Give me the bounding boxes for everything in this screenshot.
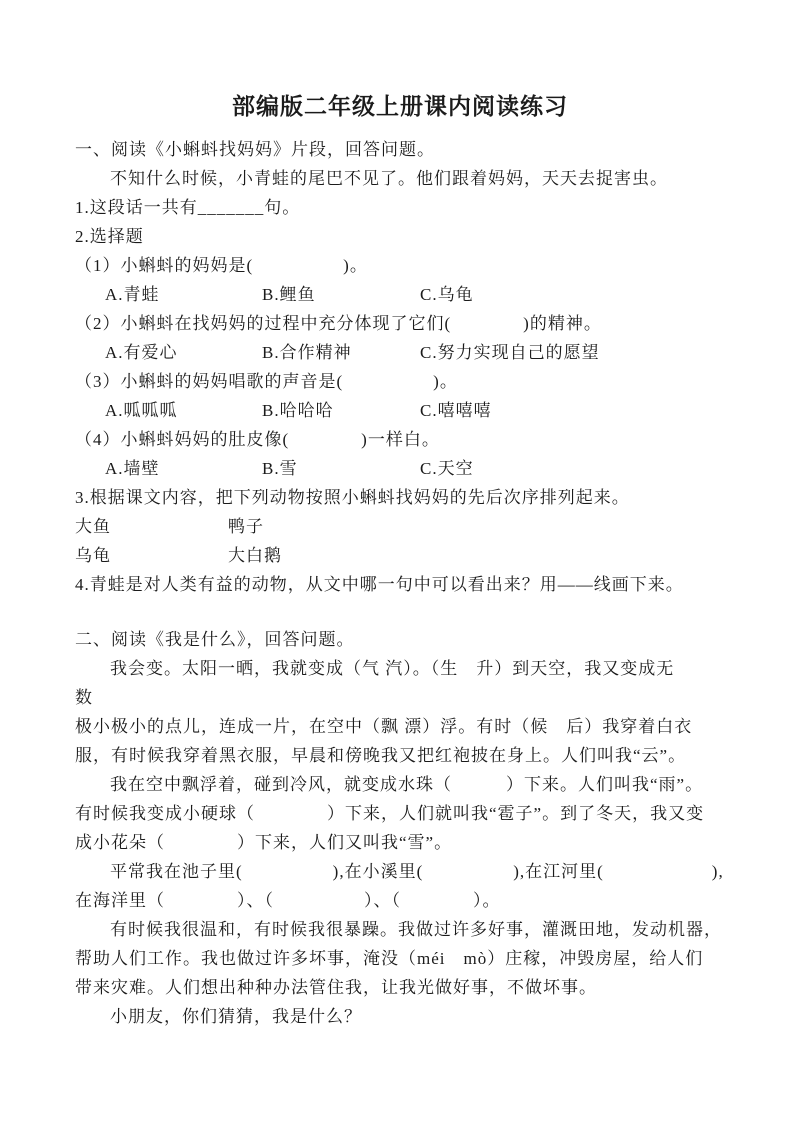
section2-line: 平常我在池子里( ),在小溪里( ),在江河里( ), xyxy=(75,857,725,886)
animal-name: 大白鹅 xyxy=(228,541,282,570)
q2-item-1-question: （1）小蝌蚪的妈妈是( )。 xyxy=(75,251,725,280)
animal-name: 大鱼 xyxy=(75,512,228,541)
q2-item-1-options: A.青蛙 B.鲤鱼 C.乌龟 xyxy=(75,280,725,309)
option-b: B.鲤鱼 xyxy=(262,280,420,309)
q2-item-2-question: （2）小蝌蚪在找妈妈的过程中充分体现了它们( )的精神。 xyxy=(75,309,725,338)
option-a: A.有爱心 xyxy=(105,338,262,367)
section2-line: 极小极小的点儿，连成一片，在空中（飘 漂）浮。有时（候 后）我穿着白衣 xyxy=(75,712,725,741)
option-c: C.乌龟 xyxy=(420,280,474,309)
section2-line: 服，有时候我穿着黑衣服，早晨和傍晚我又把红袍披在身上。人们叫我“云”。 xyxy=(75,741,725,770)
option-c: C.天空 xyxy=(420,454,474,483)
section1-passage: 不知什么时候，小青蛙的尾巴不见了。他们跟着妈妈，天天去捉害虫。 xyxy=(75,164,725,193)
option-a: A.青蛙 xyxy=(105,280,262,309)
section2-line: 帮助人们工作。我也做过许多坏事，淹没（méi mò）庄稼，冲毁房屋，给人们 xyxy=(75,944,725,973)
section-2: 二、阅读《我是什么》，回答问题。 我会变。太阳一晒，我就变成（气 汽）。（生 升… xyxy=(75,625,725,1031)
worksheet-page: 部编版二年级上册课内阅读练习 一、阅读《小蝌蚪找妈妈》片段，回答问题。 不知什么… xyxy=(0,0,793,1122)
option-b: B.合作精神 xyxy=(262,338,420,367)
option-a: A.墙壁 xyxy=(105,454,262,483)
q2-item-3-options: A.呱呱呱 B.哈哈哈 C.嘻嘻嘻 xyxy=(75,396,725,425)
section2-line: 小朋友，你们猜猜，我是什么？ xyxy=(75,1002,725,1031)
animal-name: 鸭子 xyxy=(228,512,264,541)
section2-line: 数 xyxy=(75,683,725,712)
section2-line: 我会变。太阳一晒，我就变成（气 汽）。（生 升）到天空，我又变成无 xyxy=(75,654,725,683)
question-1-fill-blank: 1.这段话一共有_______句。 xyxy=(75,193,725,222)
animal-row-2: 乌龟 大白鹅 xyxy=(75,541,725,570)
section2-line: 我在空中飘浮着，碰到冷风，就变成水珠（ ）下来。人们叫我“雨”。 xyxy=(75,770,725,799)
section2-line: 成小花朵（ ）下来，人们又叫我“雪”。 xyxy=(75,828,725,857)
section2-line: 有时候我很温和，有时候我很暴躁。我做过许多好事，灌溉田地，发动机器， xyxy=(75,915,725,944)
option-b: B.哈哈哈 xyxy=(262,396,420,425)
section-1: 一、阅读《小蝌蚪找妈妈》片段，回答问题。 不知什么时候，小青蛙的尾巴不见了。他们… xyxy=(75,135,725,599)
question-4: 4.青蛙是对人类有益的动物，从文中哪一句中可以看出来？用——线画下来。 xyxy=(75,570,725,599)
page-title: 部编版二年级上册课内阅读练习 xyxy=(75,92,725,122)
q2-item-3-question: （3）小蝌蚪的妈妈唱歌的声音是( )。 xyxy=(75,367,725,396)
q2-item-2-options: A.有爱心 B.合作精神 C.努力实现自己的愿望 xyxy=(75,338,725,367)
q2-item-4-options: A.墙壁 B.雪 C.天空 xyxy=(75,454,725,483)
option-c: C.嘻嘻嘻 xyxy=(420,396,492,425)
section2-line: 带来灾难。人们想出种种办法管住我，让我光做好事，不做坏事。 xyxy=(75,973,725,1002)
option-a: A.呱呱呱 xyxy=(105,396,262,425)
option-c: C.努力实现自己的愿望 xyxy=(420,338,600,367)
animal-name: 乌龟 xyxy=(75,541,228,570)
section2-line: 有时候我变成小硬球（ ）下来，人们就叫我“雹子”。到了冬天，我又变 xyxy=(75,799,725,828)
option-b: B.雪 xyxy=(262,454,420,483)
animal-row-1: 大鱼 鸭子 xyxy=(75,512,725,541)
question-3: 3.根据课文内容，把下列动物按照小蝌蚪找妈妈的先后次序排列起来。 xyxy=(75,483,725,512)
section2-line: 在海洋里（ ）、（ ）、（ ）。 xyxy=(75,886,725,915)
section2-heading: 二、阅读《我是什么》，回答问题。 xyxy=(75,625,725,654)
question-2-heading: 2.选择题 xyxy=(75,222,725,251)
q2-item-4-question: （4）小蝌蚪妈妈的肚皮像( )一样白。 xyxy=(75,425,725,454)
section1-heading: 一、阅读《小蝌蚪找妈妈》片段，回答问题。 xyxy=(75,135,725,164)
